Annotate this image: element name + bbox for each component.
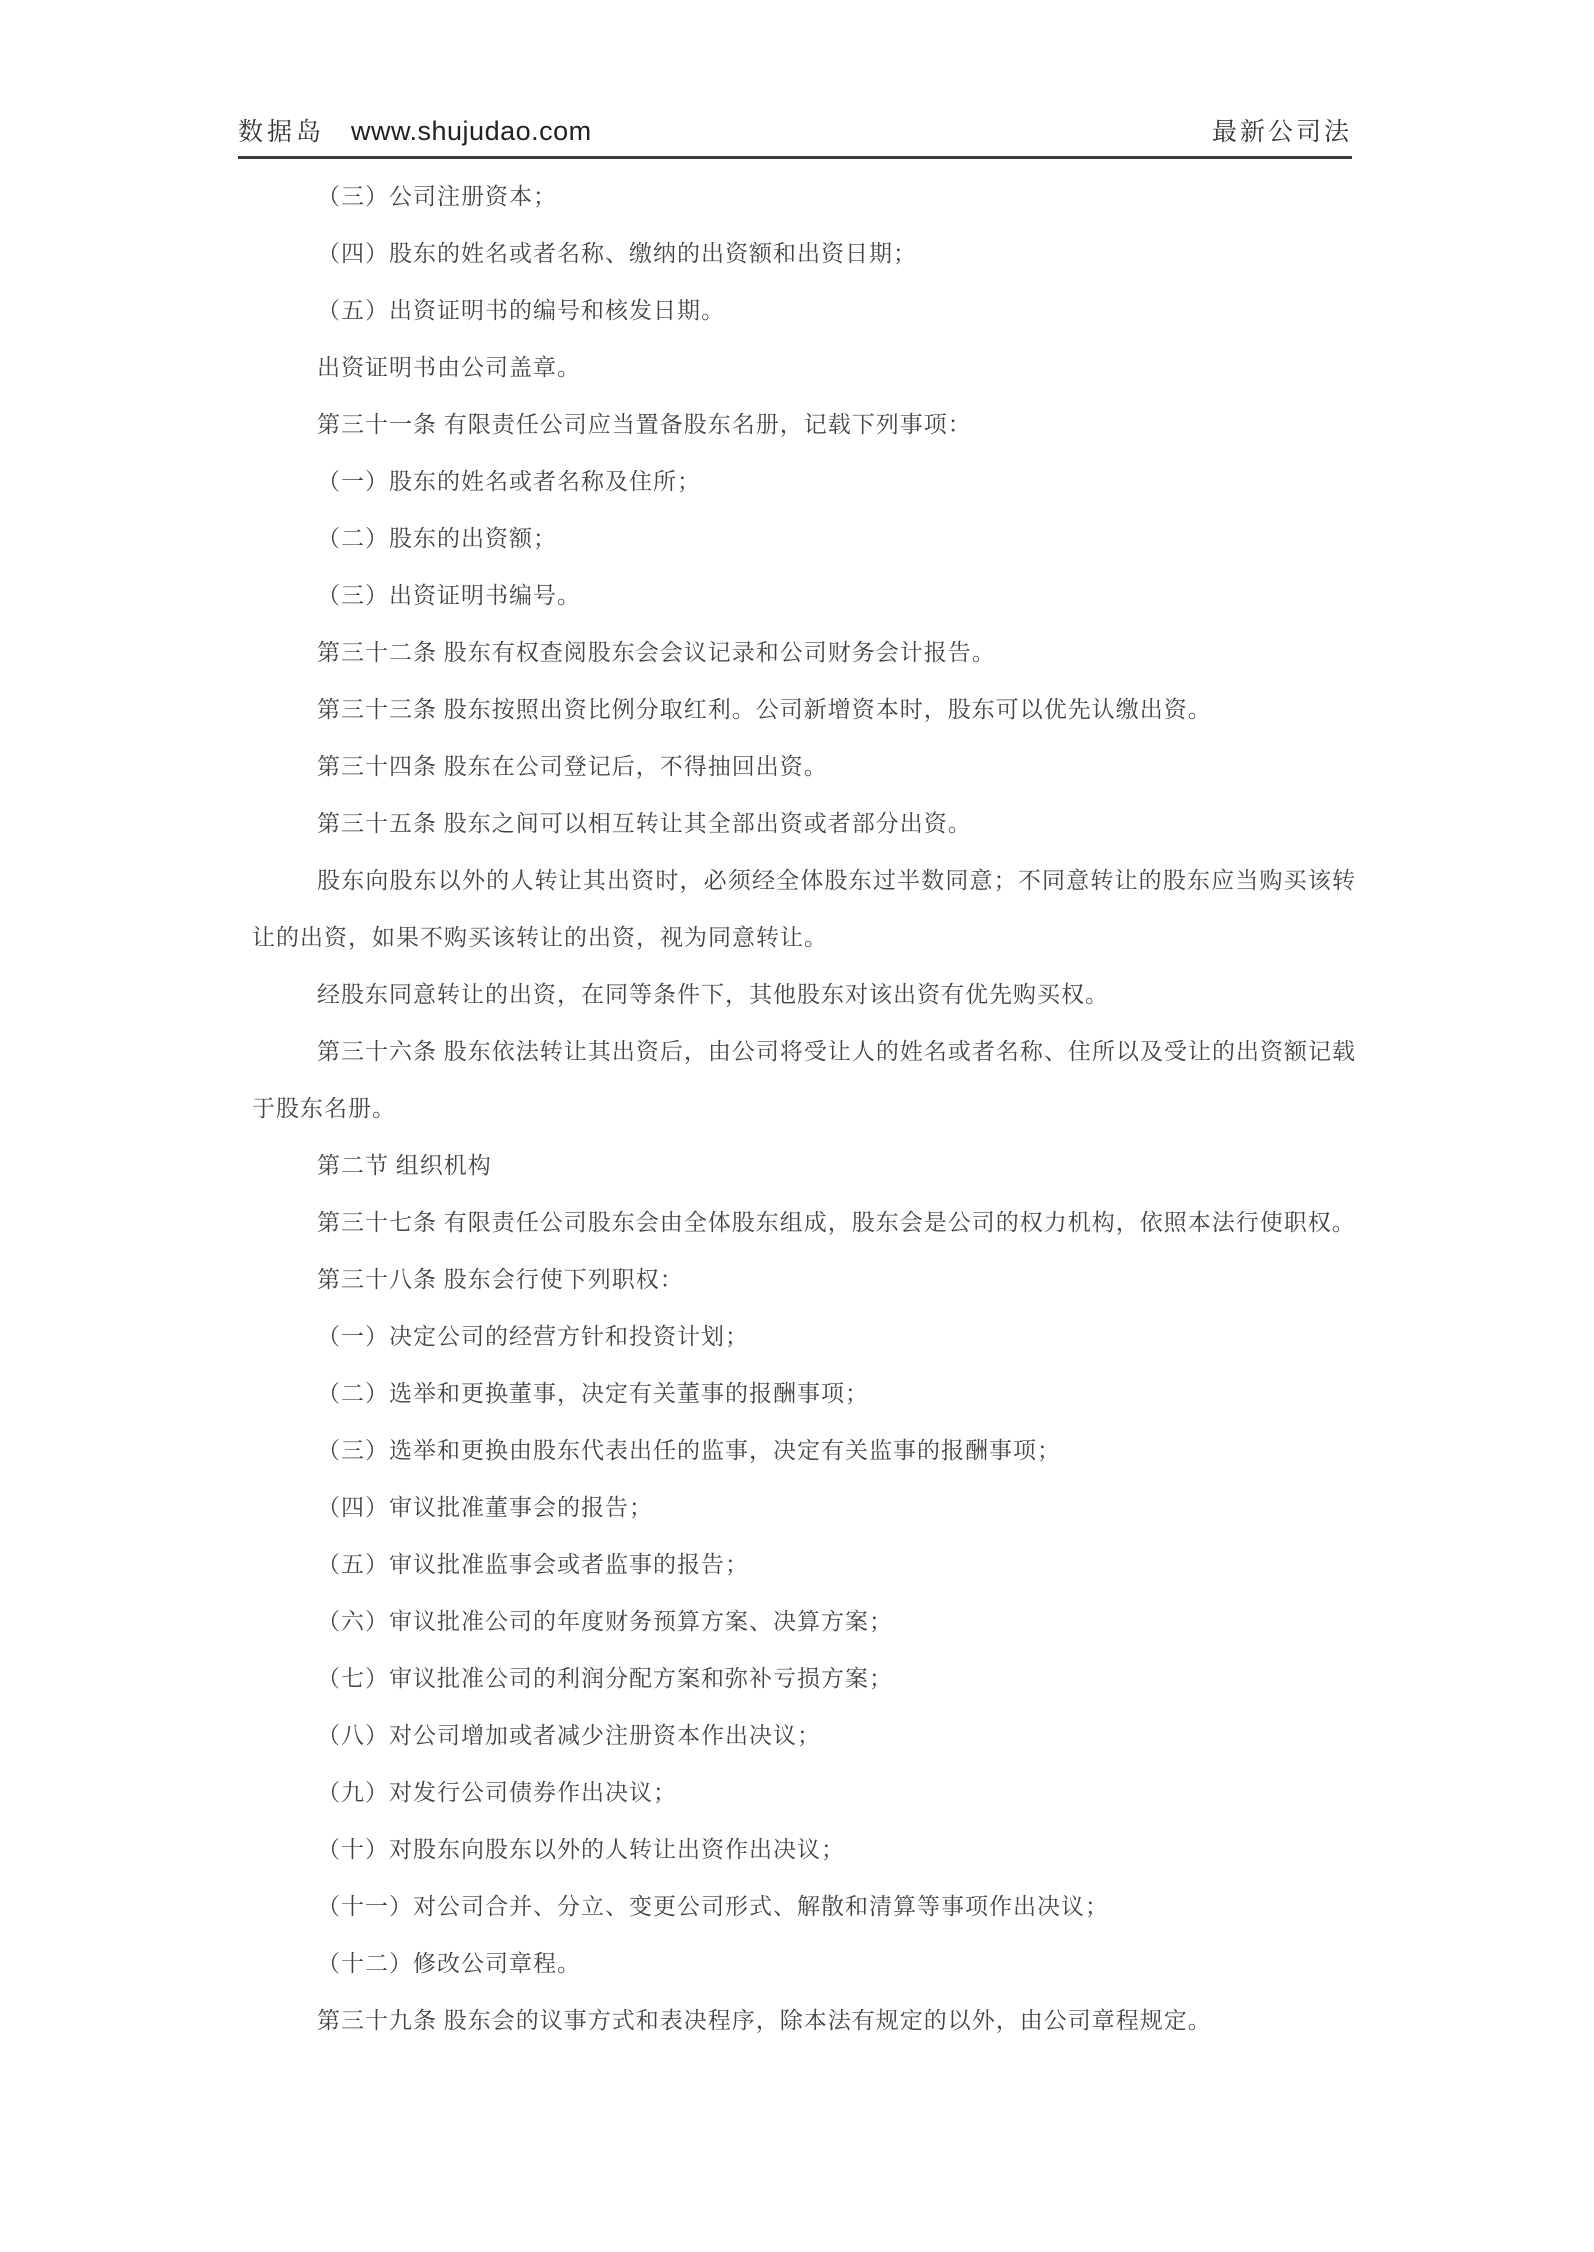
paragraph: （五）审议批准监事会或者监事的报告； [252,1536,1356,1593]
paragraph: （十）对股东向股东以外的人转让出资作出决议； [252,1821,1356,1878]
paragraph: （二）股东的出资额； [252,510,1356,567]
paragraph: 第三十三条 股东按照出资比例分取红利。公司新增资本时，股东可以优先认缴出资。 [252,681,1356,738]
paragraph: 第三十五条 股东之间可以相互转让其全部出资或者部分出资。 [252,795,1356,852]
document-page: 数据岛 www.shujudao.com 最新公司法 （三）公司注册资本；（四）… [0,0,1594,2252]
document-body: （三）公司注册资本；（四）股东的姓名或者名称、缴纳的出资额和出资日期；（五）出资… [252,168,1356,2049]
paragraph: （四）股东的姓名或者名称、缴纳的出资额和出资日期； [252,225,1356,282]
site-url: www.shujudao.com [351,116,592,147]
paragraph: （一）股东的姓名或者名称及住所； [252,453,1356,510]
paragraph: 第三十六条 股东依法转让其出资后，由公司将受让人的姓名或者名称、住所以及受让的出… [252,1023,1356,1137]
paragraph: 经股东同意转让的出资，在同等条件下，其他股东对该出资有优先购买权。 [252,966,1356,1023]
paragraph: 第三十七条 有限责任公司股东会由全体股东组成，股东会是公司的权力机构，依照本法行… [252,1194,1356,1251]
header-left: 数据岛 www.shujudao.com [238,112,592,148]
header-right: 最新公司法 [1212,112,1352,148]
paragraph: （二）选举和更换董事，决定有关董事的报酬事项； [252,1365,1356,1422]
paragraph: （三）公司注册资本； [252,168,1356,225]
site-name: 数据岛 [238,112,325,148]
document-title: 最新公司法 [1212,119,1352,146]
paragraph: （八）对公司增加或者减少注册资本作出决议； [252,1707,1356,1764]
paragraph: 出资证明书由公司盖章。 [252,339,1356,396]
paragraph: （三）选举和更换由股东代表出任的监事，决定有关监事的报酬事项； [252,1422,1356,1479]
paragraph: （七）审议批准公司的利润分配方案和弥补亏损方案； [252,1650,1356,1707]
paragraph: 股东向股东以外的人转让其出资时，必须经全体股东过半数同意；不同意转让的股东应当购… [252,852,1356,966]
paragraph: 第三十二条 股东有权查阅股东会会议记录和公司财务会计报告。 [252,624,1356,681]
paragraph: （四）审议批准董事会的报告； [252,1479,1356,1536]
paragraph: （十二）修改公司章程。 [252,1935,1356,1992]
paragraph: （三）出资证明书编号。 [252,567,1356,624]
paragraph: （一）决定公司的经营方针和投资计划； [252,1308,1356,1365]
paragraph: 第三十九条 股东会的议事方式和表决程序，除本法有规定的以外，由公司章程规定。 [252,1992,1356,2049]
paragraph: （九）对发行公司债券作出决议； [252,1764,1356,1821]
page-header: 数据岛 www.shujudao.com 最新公司法 [238,112,1352,159]
paragraph: 第三十八条 股东会行使下列职权： [252,1251,1356,1308]
paragraph: （十一）对公司合并、分立、变更公司形式、解散和清算等事项作出决议； [252,1878,1356,1935]
paragraph: （五）出资证明书的编号和核发日期。 [252,282,1356,339]
paragraph: （六）审议批准公司的年度财务预算方案、决算方案； [252,1593,1356,1650]
paragraph: 第二节 组织机构 [252,1137,1356,1194]
paragraph: 第三十一条 有限责任公司应当置备股东名册，记载下列事项： [252,396,1356,453]
paragraph: 第三十四条 股东在公司登记后，不得抽回出资。 [252,738,1356,795]
